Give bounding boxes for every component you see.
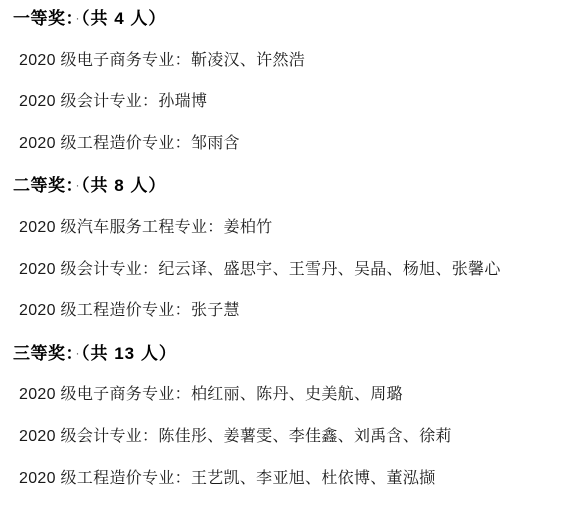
award-line: 2020 级电子商务专业：靳凌汉、许然浩 bbox=[13, 51, 578, 72]
heading-count: （共 13 人） bbox=[81, 344, 177, 363]
heading-count: （共 4 人） bbox=[81, 9, 166, 28]
heading-title: 三等奖： bbox=[13, 344, 75, 363]
award-line: 2020 级会计专业：孙瑞博 bbox=[13, 92, 578, 113]
space-format-mark: · bbox=[76, 346, 81, 360]
award-line: 2020 级汽车服务工程专业：姜柏竹 bbox=[13, 218, 578, 239]
award-section-third-prize: 三等奖：·（共 13 人） 2020 级电子商务专业：柏红丽、陈丹、史美航、周璐… bbox=[13, 343, 578, 489]
space-format-mark: · bbox=[76, 178, 81, 192]
award-line: 2020 级工程造价专业：张子慧 bbox=[13, 301, 578, 322]
heading-title: 一等奖： bbox=[13, 9, 75, 28]
award-line: 2020 级会计专业：纪云译、盛思宇、王雪丹、吴晶、杨旭、张馨心 bbox=[13, 260, 578, 281]
section-heading-second-prize: 二等奖：·（共 8 人） bbox=[13, 175, 578, 197]
section-heading-first-prize: 一等奖：·（共 4 人） bbox=[13, 8, 578, 30]
award-section-first-prize: 一等奖：·（共 4 人） 2020 级电子商务专业：靳凌汉、许然浩 2020 级… bbox=[13, 8, 578, 154]
award-line: 2020 级电子商务专业：柏红丽、陈丹、史美航、周璐 bbox=[13, 385, 578, 406]
award-section-second-prize: 二等奖：·（共 8 人） 2020 级汽车服务工程专业：姜柏竹 2020 级会计… bbox=[13, 175, 578, 321]
heading-title: 二等奖： bbox=[13, 176, 75, 195]
award-line: 2020 级工程造价专业：邹雨含 bbox=[13, 134, 578, 155]
heading-count: （共 8 人） bbox=[81, 176, 166, 195]
award-line: 2020 级会计专业：陈佳彤、姜薯雯、李佳鑫、刘禹含、徐莉 bbox=[13, 427, 578, 448]
award-document: 一等奖：·（共 4 人） 2020 级电子商务专业：靳凌汉、许然浩 2020 级… bbox=[0, 0, 588, 505]
award-line: 2020 级工程造价专业：王艺凯、李亚旭、杜依博、董泓撷 bbox=[13, 469, 578, 490]
space-format-mark: · bbox=[76, 11, 81, 25]
section-heading-third-prize: 三等奖：·（共 13 人） bbox=[13, 343, 578, 365]
